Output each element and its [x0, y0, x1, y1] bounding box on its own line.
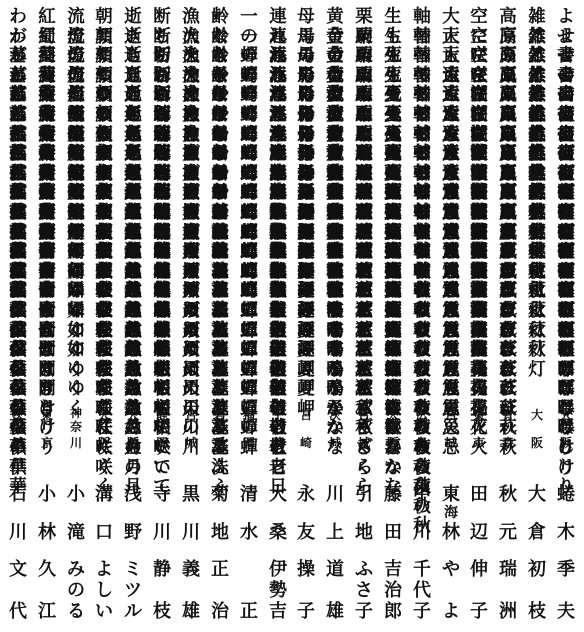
name-char: 洲 — [496, 601, 520, 623]
haiku-char: 栗駒のふもとに遊ぶ秋ざくら — [352, 28, 376, 48]
prefecture-char: 京 — [35, 436, 59, 450]
haiku-column: 朝顔やつひの住家の荘に咲く朝顔やつひの住家の荘に咲く朝顔やつひの住家の荘に咲く朝… — [92, 8, 116, 263]
author-given-name: 道雄 — [323, 559, 347, 623]
prefecture-char: 川 — [64, 436, 88, 450]
haiku-char: 一の蟬鳴いて二の蟬三の蟬 — [237, 224, 261, 244]
haiku-char: 黄金の穂波を守る鳴子かな — [323, 165, 347, 185]
haiku-char: 齢なき子にてありけり墓洗ふ — [208, 47, 232, 67]
prefecture-char: 阪 — [554, 436, 578, 450]
name-char: 小 — [35, 484, 59, 506]
haiku-char: 雑然と俳書机上に秋灯 — [525, 106, 549, 126]
haiku-char: 流燈の何か囁く如くゆく — [64, 204, 88, 224]
haiku-char: 齢なき子にてありけり墓洗ふ — [208, 243, 232, 263]
author-entry: 宮城引地ふさ子 — [352, 400, 376, 632]
author-surname: 小滝 — [64, 484, 88, 540]
haiku-char: 齢なき子にてありけり墓洗ふ — [208, 224, 232, 244]
haiku-char: 朝顔やつひの住家の荘に咲く — [92, 67, 116, 87]
name-char: 寺 — [150, 484, 174, 506]
haiku-char: 連れ添うて五十四年の敬老日 — [266, 28, 290, 48]
name-char: 水 — [237, 522, 261, 544]
haiku-char: よせ書の出征のぼり曝しけり — [554, 86, 578, 106]
haiku-char: 大正も遠くなりけり震災忌 — [439, 224, 463, 244]
haiku-char: よせ書の出征のぼり曝しけり — [554, 126, 578, 146]
prefecture-char: 静 — [150, 408, 174, 422]
author-entry: 大阪浅野ミツル — [121, 400, 145, 632]
author-surname: 浅野 — [121, 484, 145, 540]
haiku-char: 黄金の穂波を守る鳴子かな — [323, 184, 347, 204]
name-char: の — [64, 580, 88, 602]
haiku-char: 漁火を沖にちりばめ天の川 — [179, 8, 203, 28]
haiku-char: 連れ添うて五十四年の敬老日 — [266, 126, 290, 146]
haiku-char: 一の蟬鳴いて二の蟬三の蟬 — [237, 165, 261, 185]
haiku-char: 流燈の何か囁く如くゆく — [64, 184, 88, 204]
haiku-char: 栗駒のふもとに遊ぶ秋ざくら — [352, 67, 376, 87]
name-char: 倉 — [525, 522, 549, 544]
name-char: 子 — [410, 601, 434, 623]
haiku-char: わが墓に誰が供へし盆の供華 — [6, 224, 30, 244]
haiku-char: 母馬の影に仔の添ふ夏岬 — [294, 106, 318, 126]
name-char: よ — [439, 601, 463, 623]
prefecture-char: 島 — [410, 436, 434, 450]
haiku-column: 雑然と俳書机上に秋灯雑然と俳書机上に秋灯雑然と俳書机上に秋灯雑然と俳書机上に秋灯… — [525, 8, 549, 204]
haiku-char: 断ち切れぬ絆悲しも相咲いて — [150, 126, 174, 146]
haiku-char: 連れ添うて五十四年の敬老日 — [266, 145, 290, 165]
name-char: 友 — [294, 522, 318, 544]
author-surname: 秋元 — [496, 484, 520, 540]
author-prefecture: 広島 — [410, 402, 434, 448]
name-char: 子 — [294, 601, 318, 623]
haiku-char: 漁火を沖にちりばめ天の川 — [179, 184, 203, 204]
haiku-char: よせ書の出征のぼり曝しけり — [554, 106, 578, 126]
prefecture-char: 広 — [410, 408, 434, 422]
name-char: 江 — [35, 601, 59, 623]
author-given-name: やよ — [439, 559, 463, 623]
haiku-char: わが墓に誰が供へし盆の供華 — [6, 28, 30, 48]
haiku-char: 逝きし兄の年忌を数ふ盆の月 — [121, 126, 145, 146]
haiku-char: 逝きし兄の年忌を数ふ盆の月 — [121, 86, 145, 106]
name-char: ふ — [352, 559, 376, 581]
name-char: 代 — [6, 601, 30, 623]
haiku-char: 流燈の何か囁く如くゆく — [64, 86, 88, 106]
haiku-char: 一の蟬鳴いて二の蟬三の蟬 — [237, 204, 261, 224]
haiku-column: 流燈の何か囁く如くゆく流燈の何か囁く如くゆく流燈の何か囁く如くゆく流燈の何か囁く… — [64, 8, 88, 224]
haiku-column: 断ち切れぬ絆悲しも相咲いて断ち切れぬ絆悲しも相咲いて断ち切れぬ絆悲しも相咲いて断… — [150, 8, 174, 263]
author-given-name: 伊勢吉 — [266, 559, 290, 623]
haiku-char: 黄金の穂波を守る鳴子かな — [323, 28, 347, 48]
haiku-char: 逝きし兄の年忌を数ふ盆の月 — [121, 224, 145, 244]
haiku-char: 高原の風に声なきこぼれ萩 — [496, 165, 520, 185]
name-char: 季 — [554, 559, 578, 581]
author-entry: 宮城黒川義雄 — [179, 400, 203, 632]
prefecture-char: 岩 — [208, 408, 232, 422]
haiku-char: 一の蟬鳴いて二の蟬三の蟬 — [237, 145, 261, 165]
author-surname: 引地 — [352, 484, 376, 540]
haiku-column: わが墓に誰が供へし盆の供華わが墓に誰が供へし盆の供華わが墓に誰が供へし盆の供華わ… — [6, 8, 30, 263]
haiku-char: 栗駒のふもとに遊ぶ秋ざくら — [352, 86, 376, 106]
author-prefecture: 千葉 — [266, 402, 290, 448]
prefecture-char: 阪 — [92, 436, 116, 450]
haiku-char: わが墓に誰が供へし盆の供華 — [6, 8, 30, 28]
author-given-name: 正 — [237, 559, 261, 623]
haiku-char: 空に咲き湖に散華の揚花火 — [467, 8, 491, 28]
haiku-char: 栗駒のふもとに遊ぶ秋ざくら — [352, 106, 376, 126]
name-char: 大 — [525, 484, 549, 506]
haiku-char: 断ち切れぬ絆悲しも相咲いて — [150, 28, 174, 48]
name-char: 正 — [237, 601, 261, 623]
prefecture-char: 葉 — [266, 436, 290, 450]
haiku-char: 連れ添うて五十四年の敬老日 — [266, 184, 290, 204]
haiku-char: わが墓に誰が供へし盆の供華 — [6, 126, 30, 146]
prefecture-char: 神 — [64, 406, 88, 420]
haiku-char: 漁火を沖にちりばめ天の川 — [179, 165, 203, 185]
name-char: 義 — [179, 559, 203, 581]
name-char: 元 — [496, 522, 520, 544]
haiku-char: 逝きし兄の年忌を数ふ盆の月 — [121, 67, 145, 87]
haiku-char: 逝きし兄の年忌を数ふ盆の月 — [121, 165, 145, 185]
author-surname: 清水 — [237, 484, 261, 540]
author-given-name: 吉治郎 — [381, 559, 405, 623]
haiku-char: 連れ添うて五十四年の敬老日 — [266, 47, 290, 67]
haiku-char: 栗駒のふもとに遊ぶ秋ざくら — [352, 165, 376, 185]
name-char: 川 — [179, 522, 203, 544]
haiku-char: 高原の風に声なきこぼれ萩 — [496, 204, 520, 224]
name-char: 海 — [439, 505, 463, 521]
haiku-char: 紅蜀葵背中合せに開きけり — [35, 67, 59, 87]
haiku-char: 軸替へてしづごころなる夜の秋 — [410, 184, 434, 204]
haiku-char: 母馬の影に仔の添ふ夏岬 — [294, 67, 318, 87]
author-prefecture: 静岡 — [150, 402, 174, 448]
author-given-name: 伸子 — [467, 559, 491, 623]
name-char: 伸 — [467, 559, 491, 581]
haiku-char: わが墓に誰が供へし盆の供華 — [6, 86, 30, 106]
name-char: 木 — [554, 522, 578, 544]
author-prefecture: 宮崎 — [294, 402, 318, 448]
haiku-char: 生も死も憂へぬ蟬の歓喜かな — [381, 204, 405, 224]
haiku-char: 生も死も憂へぬ蟬の歓喜かな — [381, 67, 405, 87]
prefecture-char: 福 — [237, 408, 261, 422]
haiku-char: わが墓に誰が供へし盆の供華 — [6, 243, 30, 263]
haiku-char: 生も死も憂へぬ蟬の歓喜かな — [381, 8, 405, 28]
name-char: 雄 — [179, 601, 203, 623]
author-entry: 大阪藤田吉治郎 — [381, 400, 405, 632]
haiku-column: 母馬の影に仔の添ふ夏岬母馬の影に仔の添ふ夏岬母馬の影に仔の添ふ夏岬母馬の影に仔の… — [294, 8, 318, 224]
author-prefecture: 青森 — [496, 402, 520, 448]
haiku-char: 一の蟬鳴いて二の蟬三の蟬 — [237, 47, 261, 67]
prefecture-char: 城 — [323, 436, 347, 450]
haiku-char: 朝顔やつひの住家の荘に咲く — [92, 106, 116, 126]
haiku-char: 齢なき子にてありけり墓洗ふ — [208, 165, 232, 185]
name-char: や — [439, 559, 463, 581]
haiku-char: 紅蜀葵背中合せに開きけり — [35, 28, 59, 48]
haiku-char: 齢なき子にてありけり墓洗ふ — [208, 8, 232, 28]
author-list: 大阪蜷木季夫大阪大倉初枝青森秋元瑞洲東京田辺伸子宮城東海林やよ広島中川千代子大阪… — [0, 400, 584, 632]
haiku-char: 逝きし兄の年忌を数ふ盆の月 — [121, 28, 145, 48]
author-prefecture: 大阪 — [525, 402, 549, 448]
haiku-char: 栗駒のふもとに遊ぶ秋ざくら — [352, 126, 376, 146]
prefecture-char: 大 — [525, 408, 549, 422]
name-char: 地 — [352, 522, 376, 544]
prefecture-char: 大 — [121, 408, 145, 422]
haiku-char: 齢なき子にてありけり墓洗ふ — [208, 184, 232, 204]
haiku-char: 空に咲き湖に散華の揚花火 — [467, 224, 491, 244]
author-entry: 神奈川小滝みのる — [64, 400, 88, 632]
author-surname: 大桑 — [266, 484, 290, 540]
name-char: 治 — [208, 601, 232, 623]
haiku-char: 黄金の穂波を守る鳴子かな — [323, 8, 347, 28]
author-prefecture: 東京 — [35, 402, 59, 448]
name-char: 川 — [410, 522, 434, 544]
haiku-char: 生も死も憂へぬ蟬の歓喜かな — [381, 184, 405, 204]
haiku-char: 一の蟬鳴いて二の蟬三の蟬 — [237, 184, 261, 204]
haiku-char: 連れ添うて五十四年の敬老日 — [266, 8, 290, 28]
name-char: 子 — [467, 601, 491, 623]
name-char: 治 — [381, 580, 405, 602]
name-char: 操 — [294, 559, 318, 581]
haiku-char: 逝きし兄の年忌を数ふ盆の月 — [121, 243, 145, 263]
haiku-char: 流燈の何か囁く如くゆく — [64, 126, 88, 146]
haiku-char: 母馬の影に仔の添ふ夏岬 — [294, 184, 318, 204]
haiku-char: 一の蟬鳴いて二の蟬三の蟬 — [237, 126, 261, 146]
haiku-char: わが墓に誰が供へし盆の供華 — [6, 106, 30, 126]
author-given-name: 季夫 — [554, 559, 578, 623]
name-char: 清 — [237, 484, 261, 506]
haiku-char: 栗駒のふもとに遊ぶ秋ざくら — [352, 224, 376, 244]
haiku-char: 高原の風に声なきこぼれ萩 — [496, 184, 520, 204]
haiku-char: 黄金の穂波を守る鳴子かな — [323, 224, 347, 244]
haiku-char: 漁火を沖にちりばめ天の川 — [179, 86, 203, 106]
haiku-char: 高原の風に声なきこぼれ萩 — [496, 8, 520, 28]
haiku-column: 黄金の穂波を守る鳴子かな黄金の穂波を守る鳴子かな黄金の穂波を守る鳴子かな黄金の穂… — [323, 8, 347, 243]
haiku-char: 朝顔やつひの住家の荘に咲く — [92, 145, 116, 165]
haiku-char: 流燈の何か囁く如くゆく — [64, 165, 88, 185]
prefecture-char: 京 — [467, 436, 491, 450]
haiku-list: よせ書の出征のぼり曝しけりよせ書の出征のぼり曝しけりよせ書の出征のぼり曝しけりよ… — [0, 0, 584, 340]
haiku-char: 母馬の影に仔の添ふ夏岬 — [294, 8, 318, 28]
haiku-char: 栗駒のふもとに遊ぶ秋ざくら — [352, 243, 376, 263]
haiku-char: 雑然と俳書机上に秋灯 — [525, 126, 549, 146]
haiku-char: 断ち切れぬ絆悲しも相咲いて — [150, 145, 174, 165]
prefecture-char: 青 — [496, 408, 520, 422]
haiku-char: 空に咲き湖に散華の揚花火 — [467, 106, 491, 126]
haiku-char: 栗駒のふもとに遊ぶ秋ざくら — [352, 145, 376, 165]
name-char: 黒 — [179, 484, 203, 506]
prefecture-char: 岡 — [237, 436, 261, 450]
author-entry: 千葉大桑伊勢吉 — [266, 400, 290, 632]
author-prefecture: 宮城 — [179, 402, 203, 448]
name-char: 口 — [92, 522, 116, 544]
haiku-char: 大正も遠くなりけり震災忌 — [439, 184, 463, 204]
name-char: 藤 — [381, 484, 405, 506]
haiku-char: 連れ添うて五十四年の敬老日 — [266, 67, 290, 87]
haiku-char: 一の蟬鳴いて二の蟬三の蟬 — [237, 106, 261, 126]
author-surname: 寺川 — [150, 484, 174, 540]
haiku-char: 空に咲き湖に散華の揚花火 — [467, 204, 491, 224]
haiku-char: 断ち切れぬ絆悲しも相咲いて — [150, 106, 174, 126]
haiku-char: 高原の風に声なきこぼれ萩 — [496, 145, 520, 165]
prefecture-char: 城 — [6, 436, 30, 450]
name-char: 久 — [35, 559, 59, 581]
haiku-char: 連れ添うて五十四年の敬老日 — [266, 86, 290, 106]
name-char: 川 — [6, 522, 30, 544]
name-char: よ — [92, 559, 116, 581]
prefecture-char: 阪 — [525, 436, 549, 450]
haiku-column: 漁火を沖にちりばめ天の川漁火を沖にちりばめ天の川漁火を沖にちりばめ天の川漁火を沖… — [179, 8, 203, 243]
haiku-char: 母馬の影に仔の添ふ夏岬 — [294, 86, 318, 106]
author-surname: 永友 — [294, 484, 318, 540]
author-prefecture: 大阪 — [121, 402, 145, 448]
haiku-char: 雑然と俳書机上に秋灯 — [525, 28, 549, 48]
prefecture-char: 岡 — [150, 436, 174, 450]
name-char: ミ — [121, 559, 145, 581]
author-entry: 福岡清水正 — [237, 400, 261, 632]
haiku-char: 一の蟬鳴いて二の蟬三の蟬 — [237, 8, 261, 28]
author-entry: 東京小林久江 — [35, 400, 59, 632]
haiku-column: 軸替へてしづごころなる夜の秋軸替へてしづごころなる夜の秋軸替へてしづごころなる夜… — [410, 8, 434, 282]
prefecture-char: 東 — [467, 408, 491, 422]
haiku-char: 紅蜀葵背中合せに開きけり — [35, 145, 59, 165]
haiku-char: 大正も遠くなりけり震災忌 — [439, 165, 463, 185]
haiku-char: よせ書の出征のぼり曝しけり — [554, 204, 578, 224]
prefecture-char: 崎 — [294, 436, 318, 450]
haiku-char: 黄金の穂波を守る鳴子かな — [323, 67, 347, 87]
haiku-char: 紅蜀葵背中合せに開きけり — [35, 8, 59, 28]
haiku-char: 空に咲き湖に散華の揚花火 — [467, 47, 491, 67]
name-char: ル — [121, 601, 145, 623]
author-prefecture: 宮城 — [352, 402, 376, 448]
haiku-char: よせ書の出征のぼり曝しけり — [554, 145, 578, 165]
haiku-char: よせ書の出征のぼり曝しけり — [554, 8, 578, 28]
haiku-char: 雑然と俳書机上に秋灯 — [525, 165, 549, 185]
haiku-char: 高原の風に声なきこぼれ萩 — [496, 126, 520, 146]
haiku-char: 漁火を沖にちりばめ天の川 — [179, 145, 203, 165]
haiku-char: 紅蜀葵背中合せに開きけり — [35, 184, 59, 204]
haiku-char: 生も死も憂へぬ蟬の歓喜かな — [381, 126, 405, 146]
haiku-char: 一の蟬鳴いて二の蟬三の蟬 — [237, 67, 261, 87]
author-entry: 大阪大倉初枝 — [525, 400, 549, 632]
author-surname: 蜷木 — [554, 484, 578, 540]
haiku-char: 軸替へてしづごころなる夜の秋 — [410, 243, 434, 263]
haiku-char: 母馬の影に仔の添ふ夏岬 — [294, 126, 318, 146]
author-given-name: 義雄 — [179, 559, 203, 623]
author-prefecture: 大阪 — [381, 402, 405, 448]
haiku-char: 黄金の穂波を守る鳴子かな — [323, 126, 347, 146]
haiku-char: 朝顔やつひの住家の荘に咲く — [92, 8, 116, 28]
author-prefecture: 岩手 — [208, 402, 232, 448]
name-char: 伊 — [266, 559, 290, 581]
name-char: 中 — [410, 484, 434, 506]
haiku-column: 連れ添うて五十四年の敬老日連れ添うて五十四年の敬老日連れ添うて五十四年の敬老日連… — [266, 8, 290, 263]
name-char: 滝 — [64, 522, 88, 544]
haiku-char: 紅蜀葵背中合せに開きけり — [35, 106, 59, 126]
haiku-char: 紅蜀葵背中合せに開きけり — [35, 86, 59, 106]
name-char: 道 — [323, 559, 347, 581]
haiku-char: 齢なき子にてありけり墓洗ふ — [208, 28, 232, 48]
haiku-char: 断ち切れぬ絆悲しも相咲いて — [150, 86, 174, 106]
name-char: 野 — [121, 522, 145, 544]
author-prefecture: 福岡 — [237, 402, 261, 448]
author-surname: 菊地 — [208, 484, 232, 540]
haiku-char: 一の蟬鳴いて二の蟬三の蟬 — [237, 86, 261, 106]
haiku-char: 連れ添うて五十四年の敬老日 — [266, 106, 290, 126]
author-given-name: ミツル — [121, 559, 145, 623]
haiku-char: 断ち切れぬ絆悲しも相咲いて — [150, 224, 174, 244]
haiku-char: よせ書の出征のぼり曝しけり — [554, 67, 578, 87]
haiku-char: 一の蟬鳴いて二の蟬三の蟬 — [237, 28, 261, 48]
haiku-char: 朝顔やつひの住家の荘に咲く — [92, 184, 116, 204]
haiku-char: 生も死も憂へぬ蟬の歓喜かな — [381, 106, 405, 126]
author-given-name: 静枝 — [150, 559, 174, 623]
haiku-char: 大正も遠くなりけり震災忌 — [439, 86, 463, 106]
haiku-char: 齢なき子にてありけり墓洗ふ — [208, 67, 232, 87]
haiku-char: 紅蜀葵背中合せに開きけり — [35, 224, 59, 244]
haiku-char: 栗駒のふもとに遊ぶ秋ざくら — [352, 47, 376, 67]
haiku-char: 齢なき子にてありけり墓洗ふ — [208, 126, 232, 146]
prefecture-char: 宮 — [352, 408, 376, 422]
haiku-char: よせ書の出征のぼり曝しけり — [554, 165, 578, 185]
haiku-char: よせ書の出征のぼり曝しけり — [554, 28, 578, 48]
haiku-char: 逝きし兄の年忌を数ふ盆の月 — [121, 47, 145, 67]
name-char: 菊 — [208, 484, 232, 506]
haiku-column: 齢なき子にてありけり墓洗ふ齢なき子にてありけり墓洗ふ齢なき子にてありけり墓洗ふ齢… — [208, 8, 232, 263]
name-char: 林 — [35, 522, 59, 544]
haiku-char: 大正も遠くなりけり震災忌 — [439, 126, 463, 146]
haiku-page: よせ書の出征のぼり曝しけりよせ書の出征のぼり曝しけりよせ書の出征のぼり曝しけりよ… — [0, 0, 584, 632]
name-char: 永 — [294, 484, 318, 506]
author-entry: 大阪溝口よしい — [92, 400, 116, 632]
haiku-char: 栗駒のふもとに遊ぶ秋ざくら — [352, 184, 376, 204]
name-char: 瑞 — [496, 559, 520, 581]
haiku-char: 大正も遠くなりけり震災忌 — [439, 204, 463, 224]
haiku-column: 栗駒のふもとに遊ぶ秋ざくら栗駒のふもとに遊ぶ秋ざくら栗駒のふもとに遊ぶ秋ざくら栗… — [352, 8, 376, 263]
name-char: い — [92, 601, 116, 623]
author-surname: 東海林 — [439, 484, 463, 540]
haiku-char: 断ち切れぬ絆悲しも相咲いて — [150, 67, 174, 87]
haiku-char: 大正も遠くなりけり震災忌 — [439, 47, 463, 67]
haiku-char: 逝きし兄の年忌を数ふ盆の月 — [121, 204, 145, 224]
haiku-char: 高原の風に声なきこぼれ萩 — [496, 67, 520, 87]
name-char: る — [64, 601, 88, 623]
haiku-char: 高原の風に声なきこぼれ萩 — [496, 47, 520, 67]
name-char: 林 — [439, 522, 463, 544]
haiku-char: 生も死も憂へぬ蟬の歓喜かな — [381, 145, 405, 165]
haiku-char: 雑然と俳書机上に秋灯 — [525, 67, 549, 87]
author-entry: 広島中川千代子 — [410, 400, 434, 632]
haiku-char: 空に咲き湖に散華の揚花火 — [467, 126, 491, 146]
name-char: 川 — [150, 522, 174, 544]
haiku-char: 軸替へてしづごころなる夜の秋 — [410, 8, 434, 28]
author-given-name: 正治 — [208, 559, 232, 623]
haiku-char: 朝顔やつひの住家の荘に咲く — [92, 204, 116, 224]
haiku-char: わが墓に誰が供へし盆の供華 — [6, 165, 30, 185]
name-char: 大 — [266, 484, 290, 506]
name-char: 小 — [64, 484, 88, 506]
name-char: 勢 — [266, 580, 290, 602]
haiku-char: 生も死も憂へぬ蟬の歓喜かな — [381, 86, 405, 106]
haiku-char: 紅蜀葵背中合せに開きけり — [35, 204, 59, 224]
prefecture-char: 城 — [179, 436, 203, 450]
author-entry: 宮城東海林やよ — [439, 400, 463, 632]
prefecture-char: 阪 — [381, 436, 405, 450]
haiku-char: 流燈の何か囁く如くゆく — [64, 145, 88, 165]
name-char: 枝 — [525, 601, 549, 623]
haiku-char: 高原の風に声なきこぼれ萩 — [496, 106, 520, 126]
prefecture-char: 奈 — [64, 420, 88, 434]
name-char: 雄 — [323, 601, 347, 623]
name-char: 吉 — [381, 559, 405, 581]
haiku-char: 紅蜀葵背中合せに開きけり — [35, 47, 59, 67]
author-surname: 田辺 — [467, 484, 491, 540]
haiku-char: 漁火を沖にちりばめ天の川 — [179, 47, 203, 67]
